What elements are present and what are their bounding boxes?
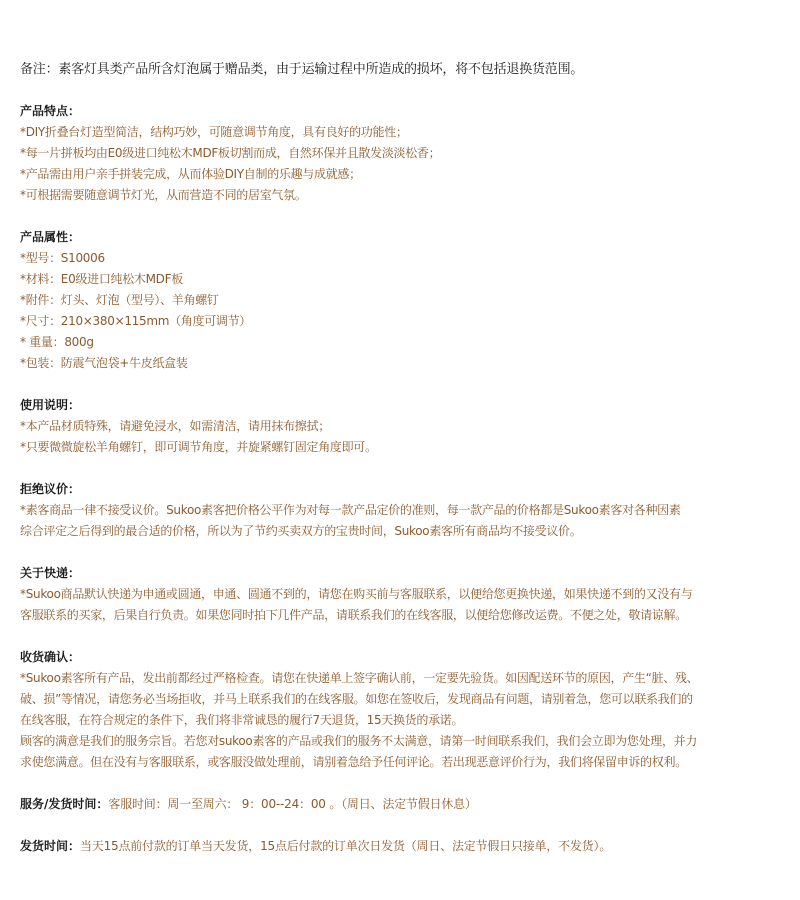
- section-pricing: 拒绝议价： *素客商品一律不接受议价。Sukoo素客把价格公平作为对每一款产品定…: [20, 479, 720, 542]
- receipt-line: 在线客服，在符合规定的条件下，我们将非常诚恳的履行7天退货，15天换货的承诺。: [20, 710, 720, 731]
- attribute-packaging: *包装：防震气泡袋+牛皮纸盒装: [20, 353, 720, 374]
- section-shipping: 关于快递： *Sukoo商品默认快递为申通或圆通，申通、圆通不到的，请您在购买前…: [20, 563, 720, 626]
- pricing-line: *素客商品一律不接受议价。Sukoo素客把价格公平作为对每一款产品定价的准则，每…: [20, 500, 720, 521]
- attributes-heading: 产品属性：: [20, 227, 720, 248]
- receipt-line: *Sukoo素客所有产品，发出前都经过严格检查。请您在快递单上签字确认前，一定要…: [20, 668, 720, 689]
- section-attributes: 产品属性： *型号：S10006 *材料：E0级进口纯松木MDF板 *附件：灯头…: [20, 227, 720, 374]
- dispatch-time-label: 发货时间：: [20, 839, 80, 853]
- receipt-line: 顾客的满意是我们的服务宗旨。若您对sukoo素客的产品或我们的服务不太满意，请第…: [20, 731, 720, 752]
- features-line: *DIY折叠台灯造型简洁，结构巧妙，可随意调节角度，具有良好的功能性；: [20, 122, 720, 143]
- usage-line: *只要微微旋松羊角螺钉，即可调节角度，并旋紧螺钉固定角度即可。: [20, 437, 720, 458]
- attribute-weight: * 重量：800g: [20, 332, 720, 353]
- dispatch-time-value: 当天15点前付款的订单当天发货，15点后付款的订单次日发货（周日、法定节假日只接…: [80, 839, 611, 853]
- product-description-page: 备注：素客灯具类产品所含灯泡属于赠品类，由于运输过程中所造成的损坏，将不包括退换…: [0, 0, 800, 900]
- shipping-line: *Sukoo商品默认快递为申通或圆通，申通、圆通不到的，请您在购买前与客服联系，…: [20, 584, 720, 605]
- section-receipt: 收货确认： *Sukoo素客所有产品，发出前都经过严格检查。请您在快递单上签字确…: [20, 647, 720, 773]
- features-line: *每一片拼板均由E0级进口纯松木MDF板切割而成，自然环保并且散发淡淡松香；: [20, 143, 720, 164]
- features-line: *产品需由用户亲手拼装完成，从而体验DIY自制的乐趣与成就感；: [20, 164, 720, 185]
- receipt-line: 破、损”等情况，请您务必当场拒收，并马上联系我们的在线客服。如您在签收后，发现商…: [20, 689, 720, 710]
- features-heading: 产品特点：: [20, 101, 720, 122]
- section-usage: 使用说明： *本产品材质特殊，请避免浸水，如需清洁，请用抹布擦拭； *只要微微旋…: [20, 395, 720, 458]
- features-line: *可根据需要随意调节灯光，从而营造不同的居室气氛。: [20, 185, 720, 206]
- dispatch-time-row: 发货时间：当天15点前付款的订单当天发货，15点后付款的订单次日发货（周日、法定…: [20, 836, 611, 857]
- service-hours-label: 服务/发货时间：: [20, 797, 108, 811]
- attribute-accessories: *附件：灯头、灯泡（型号）、羊角螺钉: [20, 290, 720, 311]
- note-disclaimer: 备注：素客灯具类产品所含灯泡属于赠品类，由于运输过程中所造成的损坏，将不包括退换…: [20, 58, 583, 77]
- service-hours-value: 客服时间：周一至周六： 9：00--24：00 。（周日、法定节假日休息）: [108, 797, 476, 811]
- usage-line: *本产品材质特殊，请避免浸水，如需清洁，请用抹布擦拭；: [20, 416, 720, 437]
- attribute-model: *型号：S10006: [20, 248, 720, 269]
- service-hours-row: 服务/发货时间：客服时间：周一至周六： 9：00--24：00 。（周日、法定节…: [20, 794, 477, 815]
- attribute-material: *材料：E0级进口纯松木MDF板: [20, 269, 720, 290]
- shipping-heading: 关于快递：: [20, 563, 720, 584]
- attribute-size: *尺寸：210×380×115mm（角度可调节）: [20, 311, 720, 332]
- pricing-heading: 拒绝议价：: [20, 479, 720, 500]
- shipping-line: 客服联系的买家，后果自行负责。如果您同时拍下几件产品，请联系我们的在线客服，以便…: [20, 605, 720, 626]
- pricing-line: 综合评定之后得到的最合适的价格，所以为了节约买卖双方的宝贵时间，Sukoo素客所…: [20, 521, 720, 542]
- receipt-heading: 收货确认：: [20, 647, 720, 668]
- usage-heading: 使用说明：: [20, 395, 720, 416]
- section-features: 产品特点： *DIY折叠台灯造型简洁，结构巧妙，可随意调节角度，具有良好的功能性…: [20, 101, 720, 206]
- receipt-line: 求使您满意。但在没有与客服联系，或客服没做处理前，请别着急给予任何评论。若出现恶…: [20, 752, 720, 773]
